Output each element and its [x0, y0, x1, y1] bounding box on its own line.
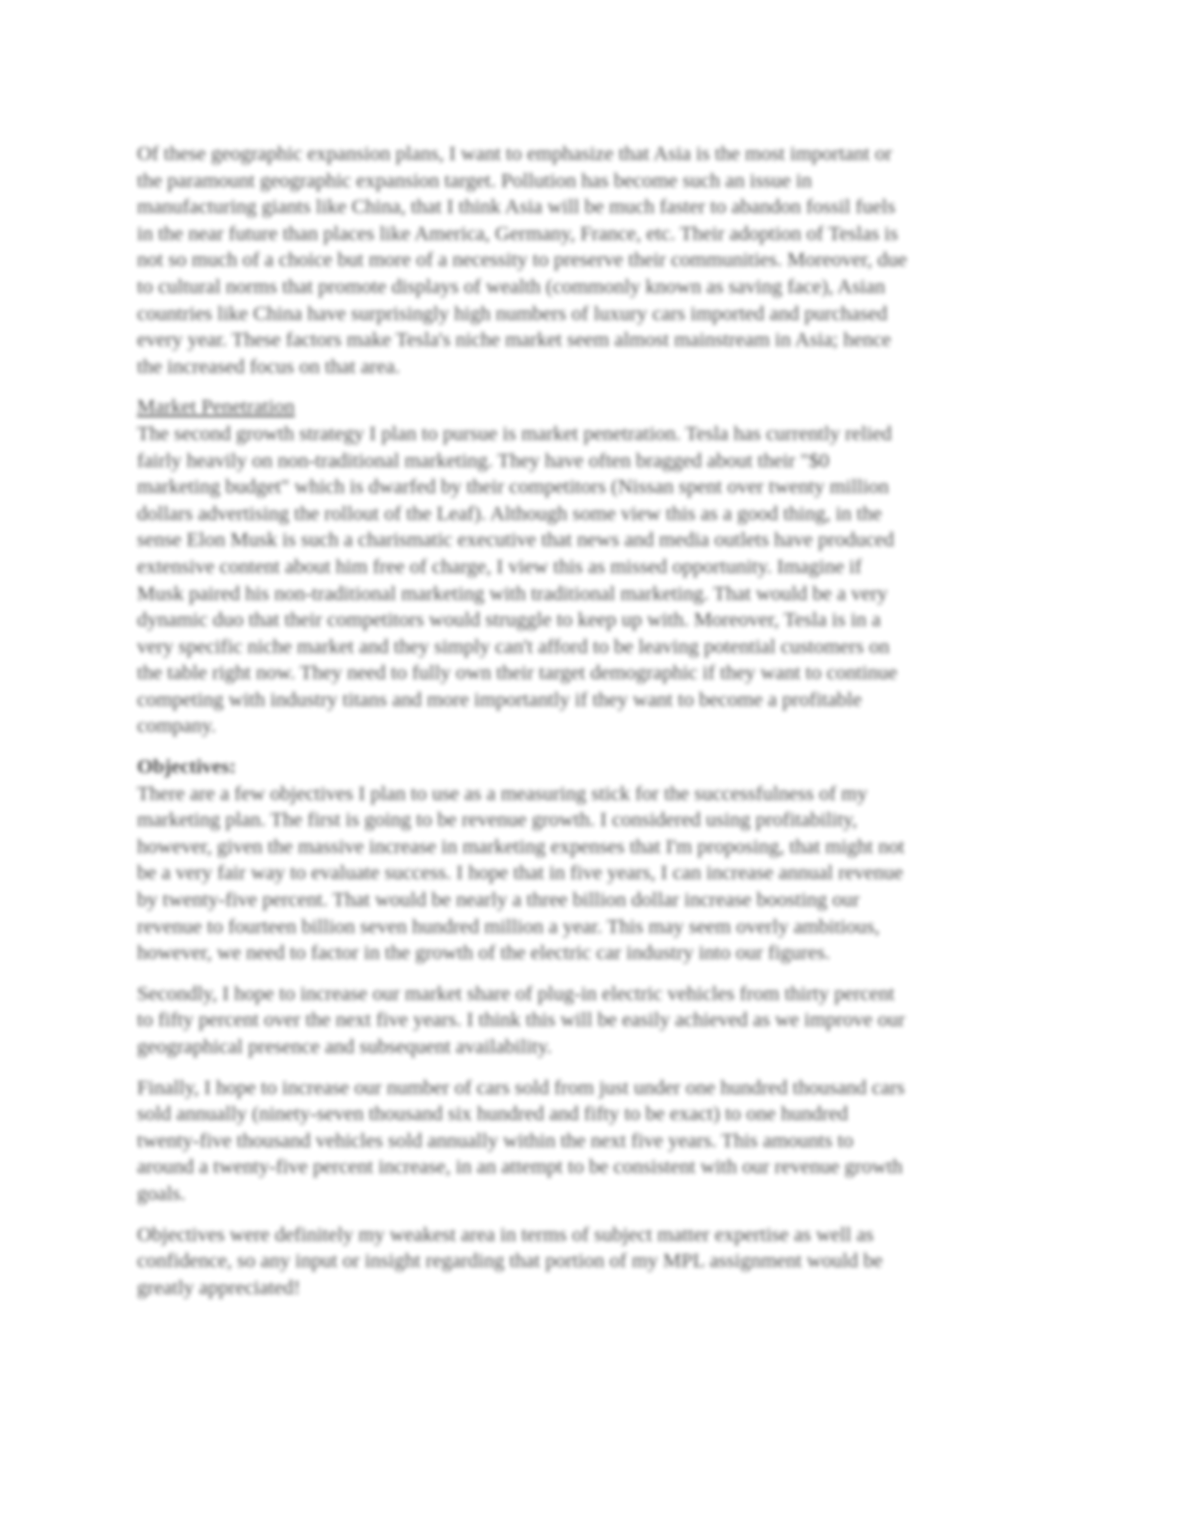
text-line: fairly heavily on non-traditional market…	[137, 448, 1047, 475]
text-line: There are a few objectives I plan to use…	[137, 781, 1047, 808]
section-objectives: Objectives: There are a few objectives I…	[137, 754, 1047, 967]
heading-market-penetration: Market Penetration	[137, 394, 1047, 421]
text-line: sense Elon Musk is such a charismatic ex…	[137, 527, 1047, 554]
text-line: to cultural norms that promote displays …	[137, 274, 1047, 301]
text-line: around a twenty-five percent increase, i…	[137, 1154, 1047, 1181]
text-line: competing with industry titans and more …	[137, 687, 1047, 714]
text-line: to fifty percent over the next five year…	[137, 1007, 1047, 1034]
text-line: goals.	[137, 1181, 1047, 1208]
paragraph-closing-request: Objectives were definitely my weakest ar…	[137, 1222, 1047, 1302]
text-line: dynamic duo that their competitors would…	[137, 607, 1047, 634]
text-line: The second growth strategy I plan to pur…	[137, 421, 1047, 448]
text-line: Of these geographic expansion plans, I w…	[137, 141, 1047, 168]
section-market-penetration: Market Penetration The second growth str…	[137, 394, 1047, 740]
text-line: not so much of a choice but more of a ne…	[137, 247, 1047, 274]
text-line: countries like China have surprisingly h…	[137, 301, 1047, 328]
text-line: confidence, so any input or insight rega…	[137, 1248, 1047, 1275]
text-line: marketing budget" which is dwarfed by th…	[137, 474, 1047, 501]
text-line: sold annually (ninety-seven thousand six…	[137, 1101, 1047, 1128]
text-line: the increased focus on that area.	[137, 354, 1047, 381]
text-line: however, we need to factor in the growth…	[137, 940, 1047, 967]
paragraph-cars-sold: Finally, I hope to increase our number o…	[137, 1075, 1047, 1208]
text-line: Finally, I hope to increase our number o…	[137, 1075, 1047, 1102]
text-line: in the near future than places like Amer…	[137, 221, 1047, 248]
text-line: manufacturing giants like China, that I …	[137, 194, 1047, 221]
text-line: the paramount geographic expansion targe…	[137, 168, 1047, 195]
text-line: Musk paired his non-traditional marketin…	[137, 581, 1047, 608]
text-line: by twenty-five percent. That would be ne…	[137, 887, 1047, 914]
text-line: however, given the massive increase in m…	[137, 834, 1047, 861]
document-page: Of these geographic expansion plans, I w…	[137, 141, 1047, 1315]
paragraph-market-share: Secondly, I hope to increase our market …	[137, 981, 1047, 1061]
text-line: greatly appreciated!	[137, 1275, 1047, 1302]
text-line: company.	[137, 713, 1047, 740]
text-line: Objectives were definitely my weakest ar…	[137, 1222, 1047, 1249]
text-line: Secondly, I hope to increase our market …	[137, 981, 1047, 1008]
paragraph-asia-emphasis: Of these geographic expansion plans, I w…	[137, 141, 1047, 380]
text-line: the table right now. They need to fully …	[137, 660, 1047, 687]
text-line: dollars advertising the rollout of the L…	[137, 501, 1047, 528]
text-line: every year. These factors make Tesla's n…	[137, 327, 1047, 354]
text-line: very specific niche market and they simp…	[137, 634, 1047, 661]
text-line: extensive content about him free of char…	[137, 554, 1047, 581]
text-line: geographical presence and subsequent ava…	[137, 1034, 1047, 1061]
heading-objectives: Objectives:	[137, 754, 1047, 781]
text-line: be a very fair way to evaluate success. …	[137, 860, 1047, 887]
text-line: marketing plan. The first is going to be…	[137, 807, 1047, 834]
text-line: revenue to fourteen billion seven hundre…	[137, 914, 1047, 941]
text-line: twenty-five thousand vehicles sold annua…	[137, 1128, 1047, 1155]
